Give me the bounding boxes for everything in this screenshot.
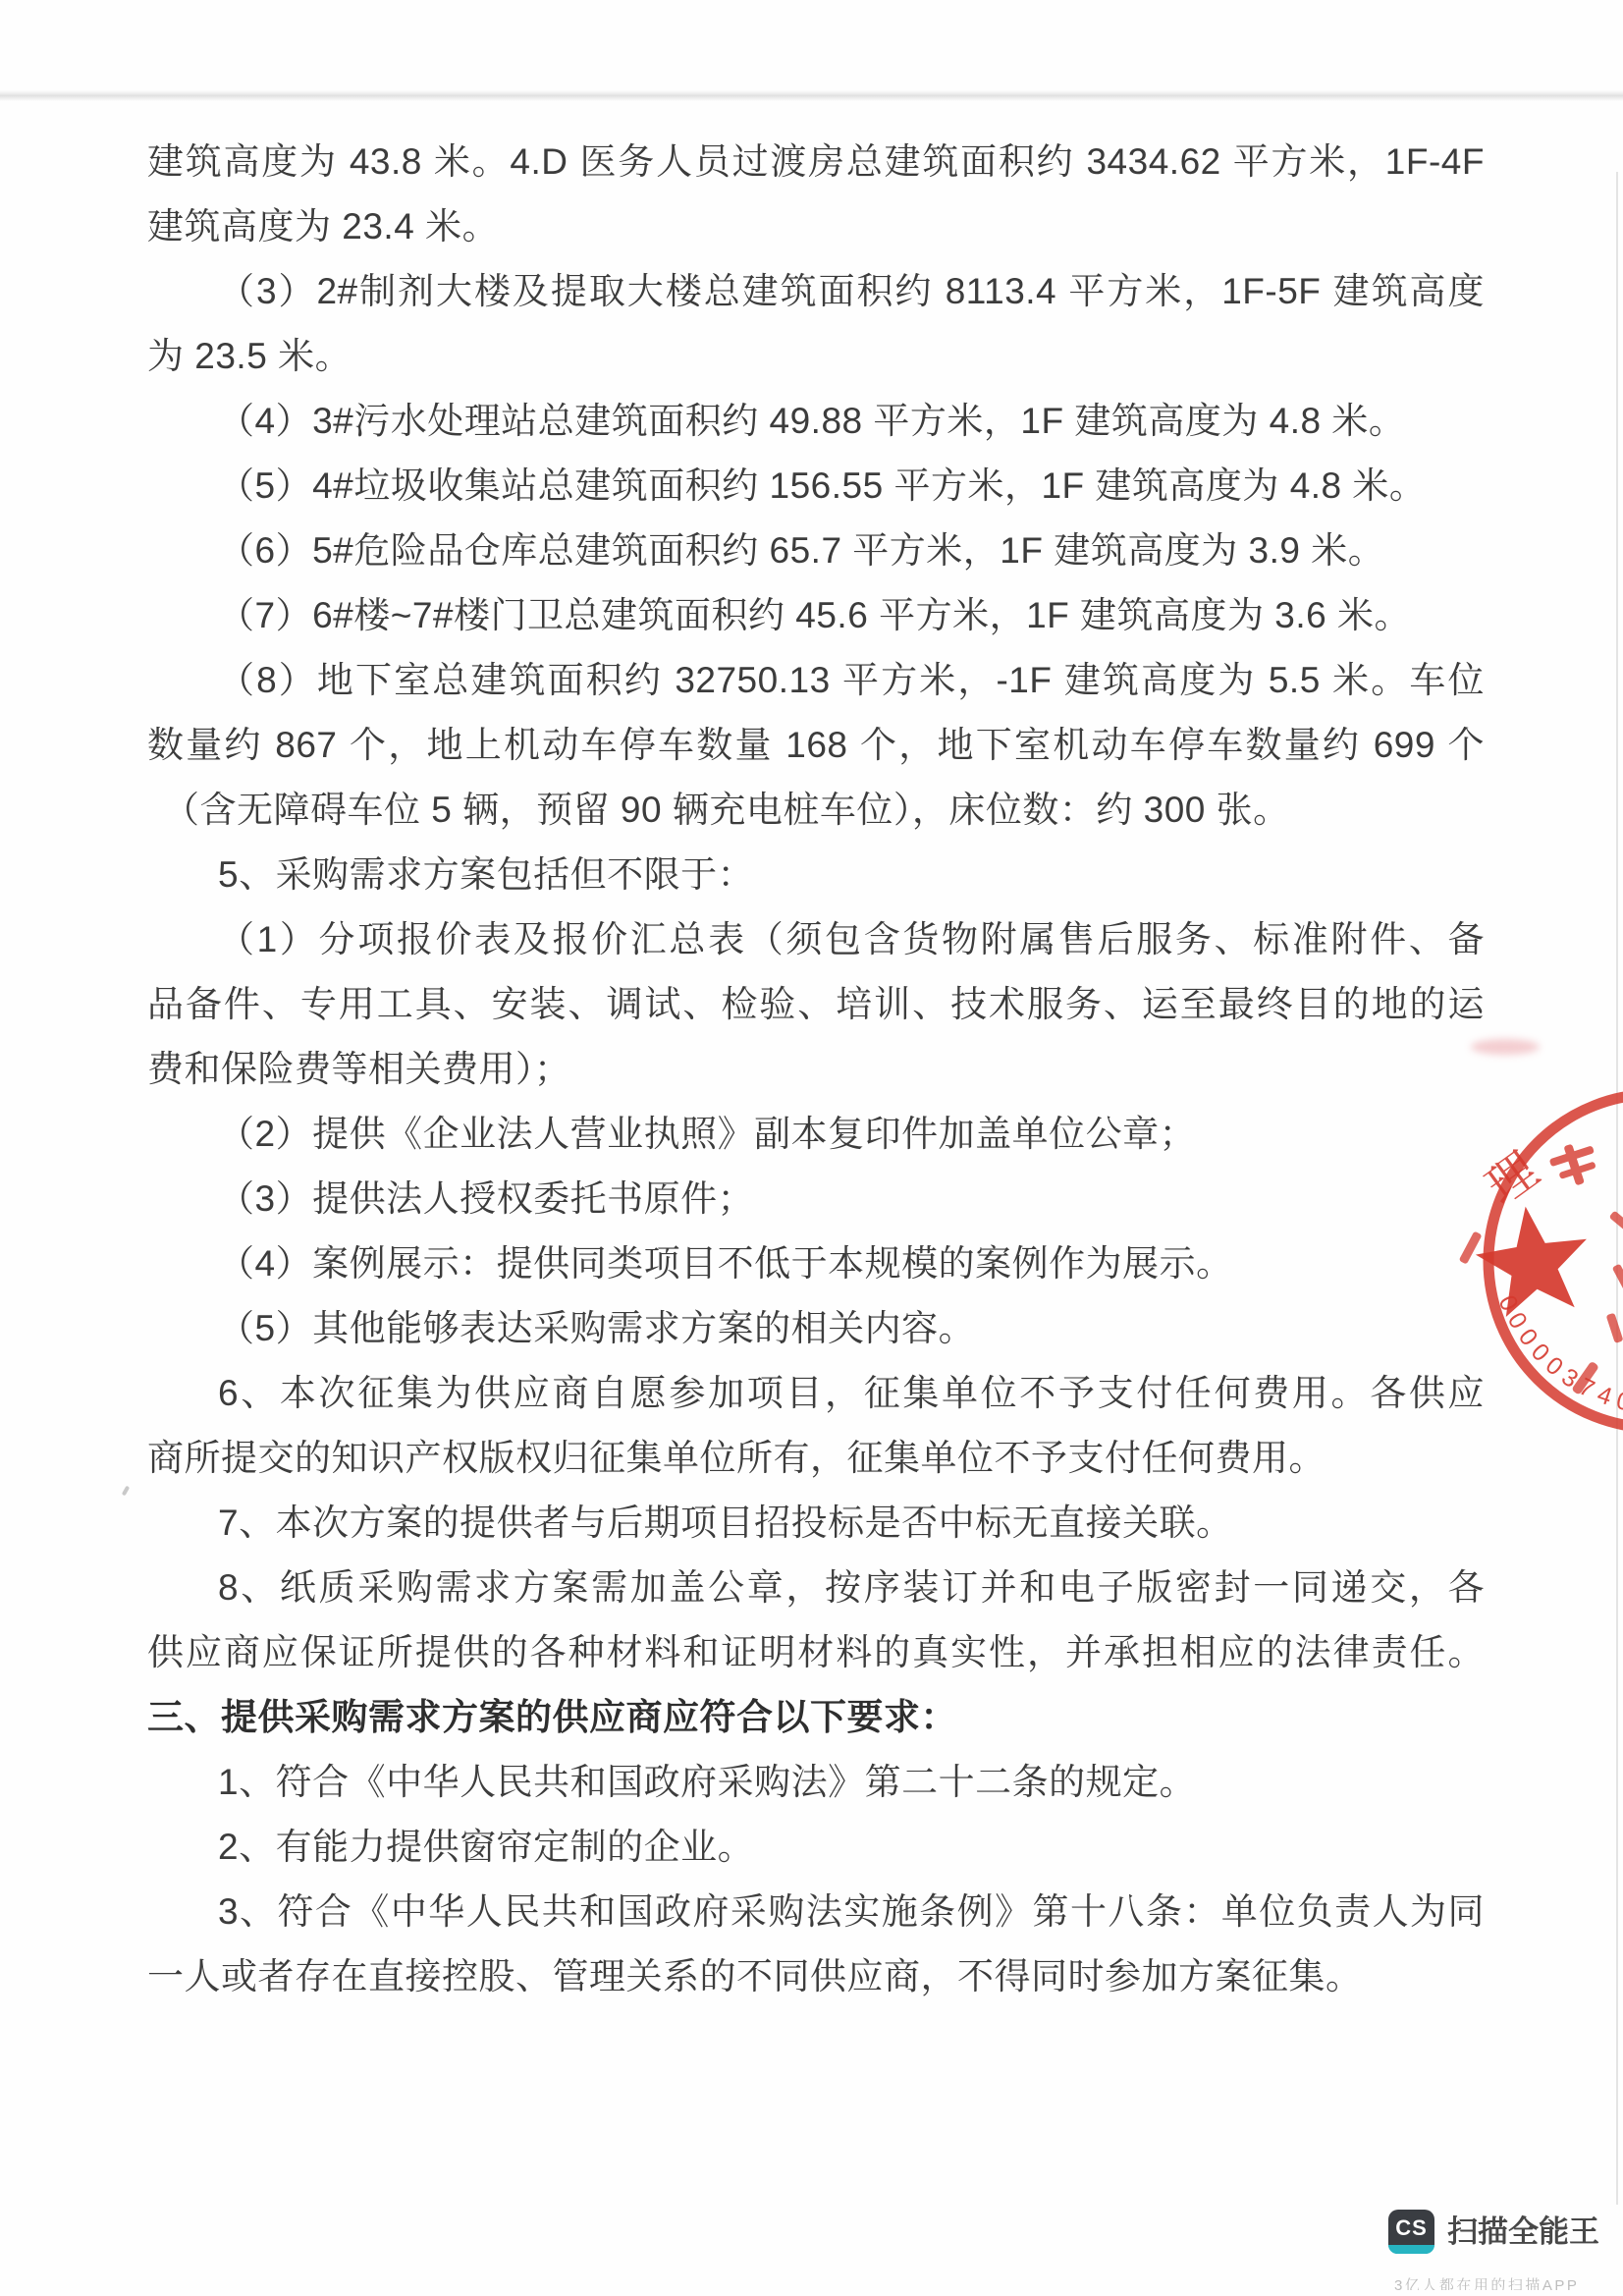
cs-icon-letters: CS [1388,2210,1434,2245]
text-line: 一人或者存在直接控股、管理关系的不同供应商，不得同时参加方案征集。 [147,1944,1485,2009]
camscanner-tagline: 3亿人都在用的扫描APP [1394,2274,1623,2290]
text-line: （4）3#污水处理站总建筑面积约 49.88 平方米，1F 建筑高度为 4.8 … [147,389,1485,454]
text-line: （7）6#楼~7#楼门卫总建筑面积约 45.6 平方米，1F 建筑高度为 3.6… [147,583,1485,648]
text-line: 3、符合《中华人民共和国政府采购法实施条例》第十八条：单位负责人为同 [147,1880,1485,1944]
cs-icon-accent-strip [1388,2245,1434,2254]
text-line: 建筑高度为 23.4 米。 [147,194,1485,259]
text-line: （6）5#危险品仓库总建筑面积约 65.7 平方米，1F 建筑高度为 3.9 米… [147,519,1485,583]
text-line: 6、本次征集为供应商自愿参加项目，征集单位不予支付任何费用。各供应 [147,1361,1485,1426]
scanned-page: 建筑高度为 43.8 米。4.D 医务人员过渡房总建筑面积约 3434.62 平… [0,0,1623,2296]
text-line: （5）4#垃圾收集站总建筑面积约 156.55 平方米，1F 建筑高度为 4.8… [147,454,1485,519]
text-line: 7、本次方案的提供者与后期项目招投标是否中标无直接关联。 [147,1491,1485,1556]
text-line: 品备件、专用工具、安装、调试、检验、培训、技术服务、运至最终目的地的运 [147,972,1485,1037]
document-body: 建筑高度为 43.8 米。4.D 医务人员过渡房总建筑面积约 3434.62 平… [147,130,1485,2009]
text-line: （3）2#制剂大楼及提取大楼总建筑面积约 8113.4 平方米，1F-5F 建筑… [147,259,1485,324]
text-line: 建筑高度为 43.8 米。4.D 医务人员过渡房总建筑面积约 3434.62 平… [147,130,1485,194]
camscanner-app-icon: CS [1388,2210,1434,2254]
text-line: （含无障碍车位 5 辆，预留 90 辆充电桩车位），床位数：约 300 张。 [147,778,1485,843]
text-line: 数量约 867 个，地上机动车停车数量 168 个，地下室机动车停车数量约 69… [147,713,1485,778]
text-line: （1）分项报价表及报价汇总表（须包含货物附属售后服务、标准附件、备 [147,907,1485,972]
seal-star-icon [1476,1207,1587,1317]
text-line: 8、纸质采购需求方案需加盖公章，按序装订并和电子版密封一同递交，各 [147,1556,1485,1620]
text-line: 三、提供采购需求方案的供应商应符合以下要求： [147,1685,1485,1750]
seal-character: 理 [1476,1142,1547,1216]
seal-illegible-strokes [1546,1138,1602,1191]
text-line: （4）案例展示：提供同类项目不低于本规模的案例作为展示。 [147,1231,1485,1296]
camscanner-watermark: CS 扫描全能王 [1388,2210,1599,2254]
text-line: 商所提交的知识产权版权归征集单位所有，征集单位不予支付任何费用。 [147,1426,1485,1491]
text-line: 1、符合《中华人民共和国政府采购法》第二十二条的规定。 [147,1750,1485,1815]
text-line: （5）其他能够表达采购需求方案的相关内容。 [147,1296,1485,1361]
text-line: 费和保险费等相关费用）； [147,1037,1485,1102]
text-line: （3）提供法人授权委托书原件； [147,1167,1485,1231]
text-line: 为 23.5 米。 [147,324,1485,389]
scan-artifact-speck [122,1486,130,1497]
text-line: （2）提供《企业法人营业执照》副本复印件加盖单位公章； [147,1102,1485,1167]
scan-artifact-top-band [0,90,1623,101]
text-line: （8）地下室总建筑面积约 32750.13 平方米，-1F 建筑高度为 5.5 … [147,648,1485,713]
text-line: 供应商应保证所提供的各种材料和证明材料的真实性，并承担相应的法律责任。 [147,1620,1485,1685]
seal-ring [1488,1094,1623,1428]
text-line: 5、采购需求方案包括但不限于： [147,843,1485,907]
camscanner-app-name: 扫描全能王 [1447,2210,1599,2254]
text-line: 2、有能力提供窗帘定制的企业。 [147,1815,1485,1880]
seal-serial-number: 0000037401 [1492,1291,1623,1421]
scan-artifact-edge-line [1616,172,1618,2205]
